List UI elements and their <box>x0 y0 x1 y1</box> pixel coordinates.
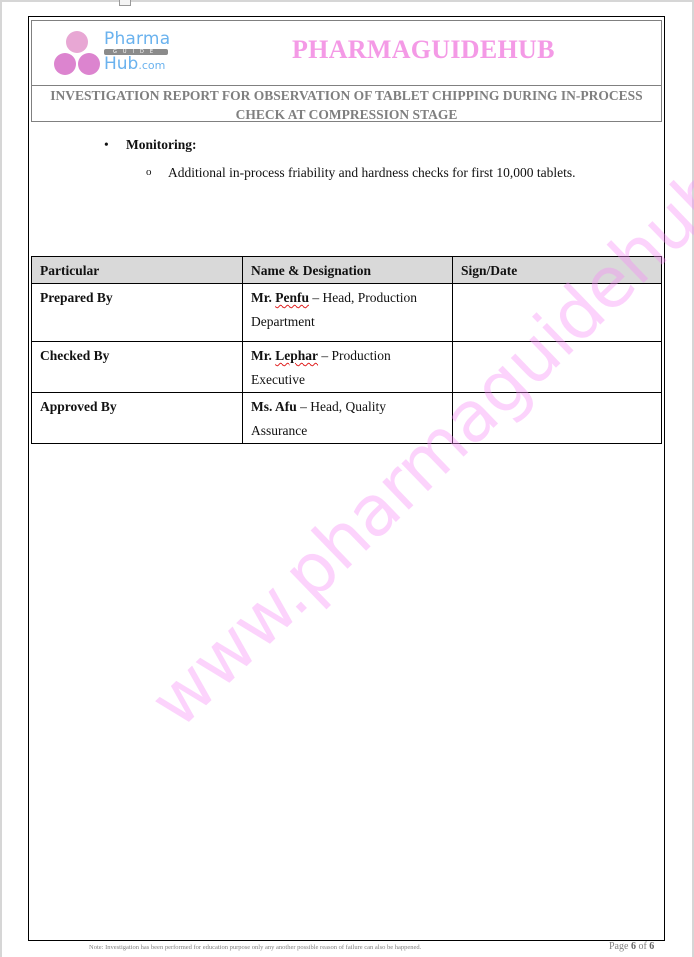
logo-com-text: .com <box>138 59 165 72</box>
person-name: Lephar <box>275 348 318 363</box>
viewport-edge-top <box>0 0 694 2</box>
header-brand-row: Pharma GUIDE Hub.com PHARMAGUIDEHUB <box>32 21 661 86</box>
name-prefix: Mr. <box>251 348 275 363</box>
table-row: Prepared By Mr. Penfu – Head, Production… <box>32 284 662 342</box>
monitoring-label: Monitoring: <box>126 137 197 153</box>
cell-particular: Checked By <box>32 342 243 393</box>
page-total: 6 <box>649 941 654 952</box>
header-sign-date: Sign/Date <box>453 257 662 284</box>
report-title-line-2: CHECK AT COMPRESSION STAGE <box>32 105 661 124</box>
report-title-line-1: INVESTIGATION REPORT FOR OBSERVATION OF … <box>32 86 661 105</box>
cell-particular: Prepared By <box>32 284 243 342</box>
logo-circle-icon <box>78 53 100 75</box>
name-prefix: Mr. <box>251 290 275 305</box>
designation-text-cont: Executive <box>251 372 305 387</box>
page-of: of <box>638 941 646 952</box>
header-particular: Particular <box>32 257 243 284</box>
table-row: Approved By Ms. Afu – Head, QualityAssur… <box>32 393 662 444</box>
cell-name-designation: Mr. Penfu – Head, ProductionDepartment <box>243 284 453 342</box>
ruler-marker[interactable] <box>119 0 131 6</box>
report-title: INVESTIGATION REPORT FOR OBSERVATION OF … <box>32 86 661 124</box>
logo-circle-icon <box>66 31 88 53</box>
bullet-icon: • <box>104 137 109 153</box>
logo-word-pharma: Pharma <box>104 29 170 49</box>
cell-name-designation: Ms. Afu – Head, QualityAssurance <box>243 393 453 444</box>
particular-text: Approved By <box>40 399 117 414</box>
name-prefix: Ms. <box>251 399 275 414</box>
table-header-row: Particular Name & Designation Sign/Date <box>32 257 662 284</box>
particular-text: Prepared By <box>40 290 113 305</box>
header-name-designation: Name & Designation <box>243 257 453 284</box>
page-number: Page 6 of 6 <box>609 941 654 952</box>
signoff-table: Particular Name & Designation Sign/Date … <box>31 256 662 444</box>
page-border <box>28 16 665 941</box>
designation-text-cont: Assurance <box>251 423 307 438</box>
table-row: Checked By Mr. Lephar – ProductionExecut… <box>32 342 662 393</box>
cell-sign-date[interactable] <box>453 393 662 444</box>
pharmaguidehub-logo: Pharma GUIDE Hub.com <box>52 29 182 79</box>
cell-name-designation: Mr. Lephar – ProductionExecutive <box>243 342 453 393</box>
person-name: Afu <box>275 399 297 414</box>
sub-bullet-icon: o <box>146 166 152 178</box>
logo-circle-icon <box>54 53 76 75</box>
document-header: Pharma GUIDE Hub.com PHARMAGUIDEHUB INVE… <box>31 20 662 122</box>
cell-particular: Approved By <box>32 393 243 444</box>
viewport-edge-left <box>0 0 2 957</box>
designation-text: – Head, Production <box>309 290 417 305</box>
logo-hub-text: Hub <box>104 54 138 74</box>
page-current: 6 <box>631 941 636 952</box>
brand-title: PHARMAGUIDEHUB <box>292 35 555 65</box>
footer-note: Note: Investigation has been performed f… <box>89 944 421 951</box>
sub-item-text: Additional in-process friability and har… <box>168 165 576 181</box>
page-label: Page <box>609 941 628 952</box>
logo-word-hub: Hub.com <box>104 54 165 74</box>
designation-text: – Production <box>318 348 391 363</box>
designation-text-cont: Department <box>251 314 315 329</box>
cell-sign-date[interactable] <box>453 284 662 342</box>
cell-sign-date[interactable] <box>453 342 662 393</box>
particular-text: Checked By <box>40 348 109 363</box>
designation-text: – Head, Quality <box>297 399 386 414</box>
person-name: Penfu <box>275 290 309 305</box>
